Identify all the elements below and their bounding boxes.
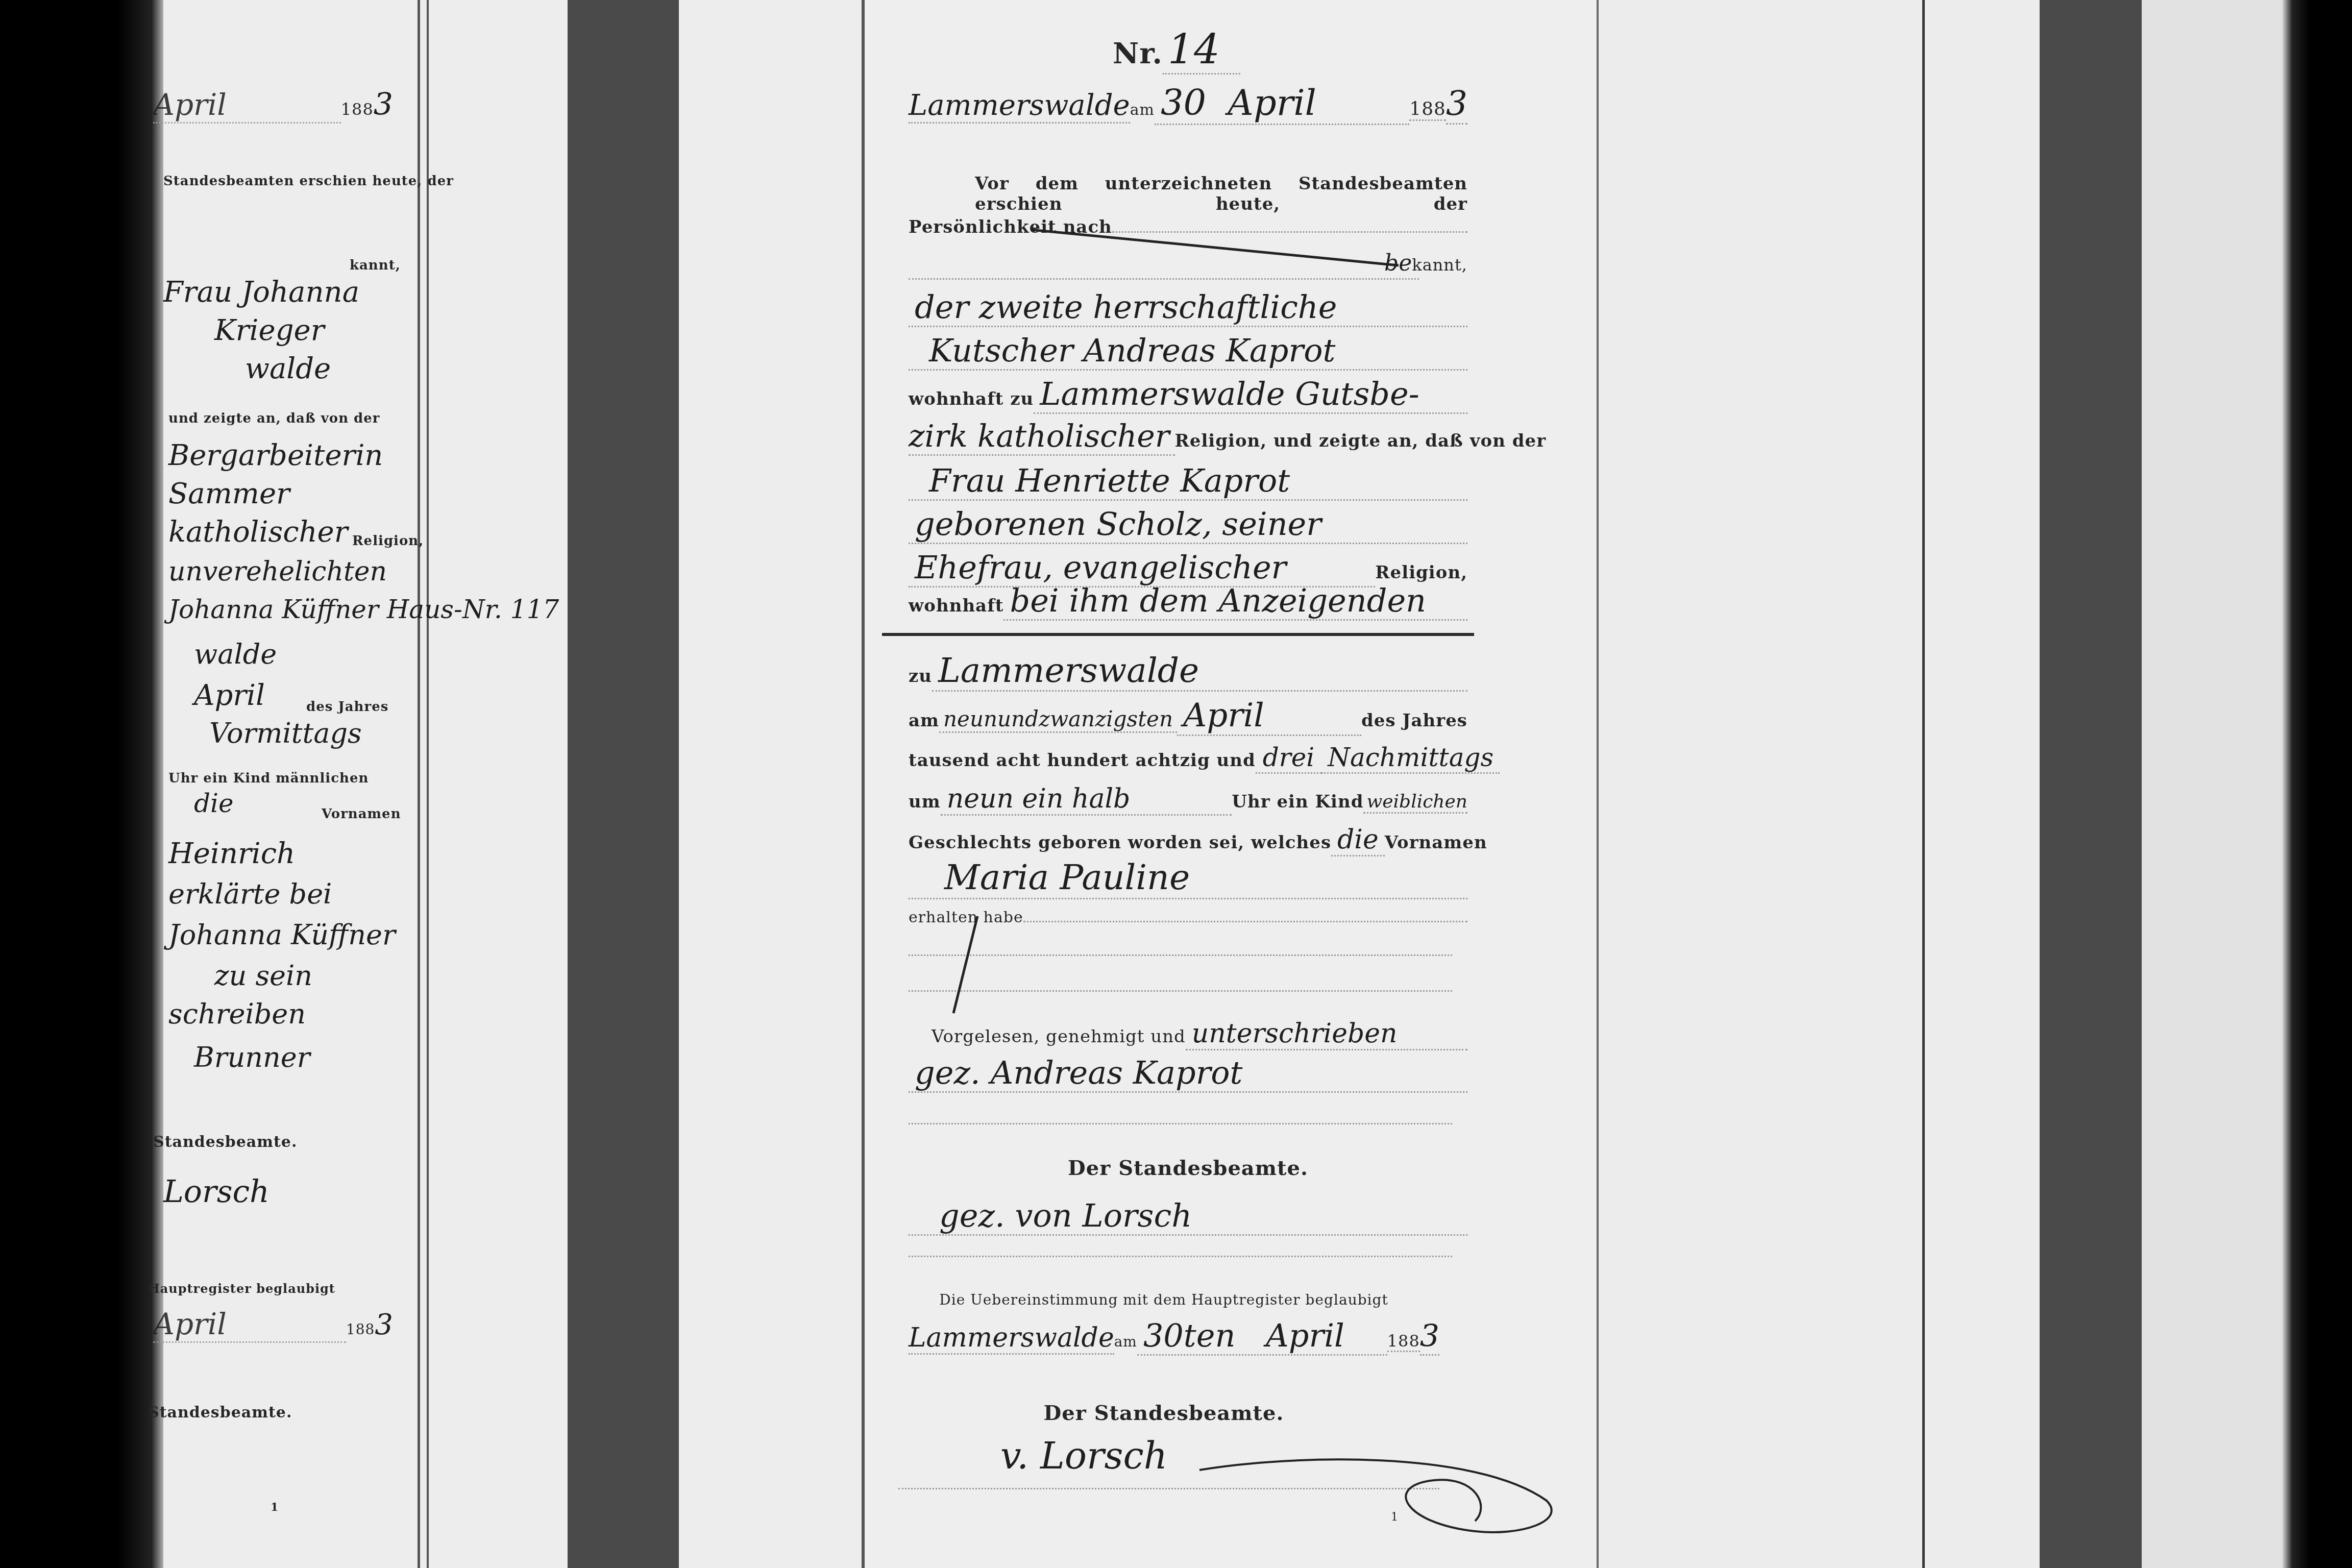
left-standesbeamte: Standesbeamte. xyxy=(153,1133,297,1151)
left-line: walde xyxy=(245,352,331,385)
gray-band-left xyxy=(568,0,679,1568)
cert-year-suffix: 3 xyxy=(1420,1318,1439,1356)
mother-line-1: Frau Henriette Kaprot xyxy=(909,462,1467,501)
cert-month: April xyxy=(1266,1317,1344,1354)
erhalten-fill xyxy=(1023,921,1467,922)
child-name-line: Maria Pauline xyxy=(909,857,1467,899)
section-separator xyxy=(882,633,1474,636)
place-am-label: am xyxy=(1130,101,1155,119)
left-line: Sammer xyxy=(168,477,290,510)
informant-religion-value: zirk katholischer xyxy=(909,419,1175,456)
record-number: Nr. 14 xyxy=(1113,26,1240,75)
gray-band-right xyxy=(2040,0,2142,1568)
left-vornamen-label: Vornamen xyxy=(322,806,401,822)
date-year-suffix: 3 xyxy=(1446,84,1467,125)
birth-date-line: am neunundzwanzigsten April des Jahres xyxy=(909,697,1467,736)
bekannt-dotted-rule xyxy=(909,278,1419,280)
left-date-year-suffix: 3 xyxy=(374,87,393,122)
registrar-signature: gez. von Lorsch xyxy=(909,1197,1467,1236)
final-signature: v. Lorsch xyxy=(1000,1434,1167,1477)
uhr-kind-label: Uhr ein Kind xyxy=(1232,792,1363,812)
left-date-line: April 188 3 xyxy=(153,87,393,124)
birth-month-value: April xyxy=(1177,697,1361,736)
left-religion-label: Religion, xyxy=(352,533,424,549)
des-jahres-label: des Jahres xyxy=(1361,710,1467,731)
left-date2-year-suffix: 3 xyxy=(375,1308,393,1341)
left-standesbeamte-2: Standesbeamte. xyxy=(148,1404,292,1422)
mother-residence-line: wohnhaft bei ihm dem Anzeigenden xyxy=(909,582,1467,621)
cert-place: Lammerswalde xyxy=(909,1322,1114,1355)
left-line: walde xyxy=(194,638,277,670)
wohnhaft-value: Lammerswalde Gutsbe- xyxy=(1034,375,1467,414)
birth-hour-line: um neun ein halb Uhr ein Kind weiblichen xyxy=(909,783,1467,816)
vorgelesen-value: unterschrieben xyxy=(1186,1018,1467,1050)
record-number-label: Nr. xyxy=(1113,37,1163,70)
blank-rule xyxy=(909,1123,1452,1124)
birth-day-value: neunundzwanzigsten xyxy=(939,706,1177,733)
geschlechts-line: Geschlechts geboren worden sei, welches … xyxy=(909,824,1467,856)
left-line: Frau Johanna xyxy=(163,276,359,309)
um-label: um xyxy=(909,792,941,812)
birth-date-label: am xyxy=(909,710,939,731)
article-value: die xyxy=(1331,824,1385,856)
registrar-title-2: Der Standesbeamte. xyxy=(909,1401,1419,1425)
vorgelesen-line: Vorgelesen, genehmigt und unterschrieben xyxy=(909,1018,1467,1050)
mother-wohnhaft-value: bei ihm dem Anzeigenden xyxy=(1003,582,1467,621)
geschlechts-label: Geschlechts geboren worden sei, welches xyxy=(909,832,1331,853)
gutter-paper-right xyxy=(1599,0,2043,1568)
left-line: unverehelichten xyxy=(168,556,387,587)
birth-place-value: Lammerswalde xyxy=(932,651,1467,692)
left-line: katholischer xyxy=(168,516,348,549)
informant-line-2: Kutscher Andreas Kaprot xyxy=(909,332,1467,371)
left-line: Krieger xyxy=(214,314,324,347)
place-date-line: Lammerswalde am 30 April 188 3 xyxy=(909,82,1467,125)
year-text: tausend acht hundert achtzig und xyxy=(909,750,1256,771)
left-known-suffix: kannt, xyxy=(350,258,401,273)
left-line: Johanna Küffner Haus-Nr. 117 xyxy=(168,595,559,624)
mother-maiden-name: geborenen Scholz, seiner xyxy=(909,505,1467,544)
cert-am: am xyxy=(1114,1333,1137,1350)
gutter-paper-left xyxy=(679,0,863,1568)
year-value: drei xyxy=(1256,743,1322,774)
bekannt-hand-prefix: be xyxy=(1384,250,1412,276)
birth-place-label: zu xyxy=(909,666,932,687)
vorgelesen-label: Vorgelesen, genehmigt und xyxy=(909,1026,1186,1047)
left-line: Heinrich xyxy=(168,837,295,870)
erhalten-line: erhalten habe xyxy=(909,909,1467,926)
left-line: schreiben xyxy=(168,998,306,1030)
left-line: erklärte bei xyxy=(168,878,332,910)
film-edge-left xyxy=(0,0,168,1568)
blank-rule xyxy=(909,1256,1452,1257)
bekannt-print-suffix: kannt, xyxy=(1412,255,1467,275)
left-date2-year-prefix: 188 xyxy=(346,1321,375,1338)
time-of-day-value: Nachmittags xyxy=(1321,743,1500,774)
left-article: die xyxy=(194,789,234,818)
signature-flourish xyxy=(1189,1439,1562,1541)
informant-residence-line: wohnhaft zu Lammerswalde Gutsbe- xyxy=(909,375,1467,414)
left-zeigte-an: und zeigte an, daß von der xyxy=(168,411,380,426)
mother-name: Frau Henriette Kaprot xyxy=(909,462,1467,501)
informant-religion-line: zirk katholischer Religion, und zeigte a… xyxy=(909,419,1467,456)
informant-signature-line: gez. Andreas Kaprot xyxy=(909,1054,1467,1093)
child-name: Maria Pauline xyxy=(909,857,1467,899)
record-number-value: 14 xyxy=(1163,26,1240,75)
left-line: Johanna Küffner xyxy=(168,919,396,951)
left-date-year-prefix: 188 xyxy=(341,100,374,119)
sex-value: weiblichen xyxy=(1363,791,1467,814)
left-line: Brunner xyxy=(194,1041,310,1073)
cert-day-month: 30ten April xyxy=(1137,1317,1387,1356)
informant-signature: gez. Andreas Kaprot xyxy=(909,1054,1467,1093)
wohnhaft-label: wohnhaft zu xyxy=(909,389,1034,409)
blank-strike-line xyxy=(949,914,990,1016)
religion-zeigte-label: Religion, und zeigte an, daß von der xyxy=(1175,431,1547,451)
birth-year-line: tausend acht hundert achtzig und drei Na… xyxy=(909,743,1467,774)
left-page-border-line-2 xyxy=(427,0,429,1568)
left-page-mark: 1 xyxy=(271,1501,279,1514)
film-edge-right xyxy=(2282,0,2352,1568)
left-date-line-2: April 188 3 xyxy=(153,1307,393,1343)
informant-line-1: der zweite herrschaftliche xyxy=(909,288,1467,327)
left-signature: Lorsch xyxy=(163,1174,269,1210)
registrar-signature-line: gez. von Lorsch xyxy=(909,1197,1467,1236)
left-preamble-tail: Standesbeamten erschien heute, der xyxy=(163,174,454,189)
left-des-jahres: des Jahres xyxy=(306,699,388,715)
left-vormittags: Vormittags xyxy=(209,717,362,749)
left-date-month: April xyxy=(153,87,341,124)
vornamen-label: Vornamen xyxy=(1385,832,1487,853)
date-year-prefix: 188 xyxy=(1409,99,1446,121)
hour-value: neun ein halb xyxy=(941,783,1232,816)
main-page-mark: 1 xyxy=(1391,1511,1399,1524)
preamble-text: Vor dem unterzeichneten Standesbeamten e… xyxy=(975,174,1467,214)
right-page-border xyxy=(1922,0,1925,1568)
left-beglaubigt: Hauptregister beglaubigt xyxy=(148,1281,335,1296)
left-uhr-kind: Uhr ein Kind männlichen xyxy=(168,771,369,786)
registrar-title: Der Standesbeamte. xyxy=(909,1156,1467,1180)
mother-religion-label: Religion, xyxy=(1375,562,1467,583)
place-value: Lammerswalde xyxy=(909,89,1130,124)
left-line: Bergarbeiterin xyxy=(168,439,383,472)
cert-place-date-line: Lammerswalde am 30ten April 188 3 xyxy=(909,1317,1439,1356)
bekannt-line: be kannt, xyxy=(909,250,1467,276)
informant-occupation: der zweite herrschaftliche xyxy=(909,288,1467,327)
left-line: zu sein xyxy=(214,960,312,992)
date-day: 30 xyxy=(1161,82,1206,124)
cert-year-prefix: 188 xyxy=(1387,1331,1420,1352)
informant-name: Kutscher Andreas Kaprot xyxy=(909,332,1467,371)
left-date2-month: April xyxy=(153,1307,346,1343)
certification-text: Die Uebereinstimmung mit dem Hauptregist… xyxy=(909,1291,1419,1308)
place-date-day-month: 30 April xyxy=(1155,82,1409,125)
mother-line-2: geborenen Scholz, seiner xyxy=(909,505,1467,544)
cert-day: 30ten xyxy=(1143,1317,1235,1354)
left-line: April xyxy=(194,679,265,712)
date-month: April xyxy=(1228,82,1316,124)
left-page-border-line xyxy=(418,0,420,1568)
mother-wohnhaft-label: wohnhaft xyxy=(909,596,1003,616)
birth-place-line: zu Lammerswalde xyxy=(909,651,1467,692)
right-paper-strip xyxy=(2142,0,2295,1568)
